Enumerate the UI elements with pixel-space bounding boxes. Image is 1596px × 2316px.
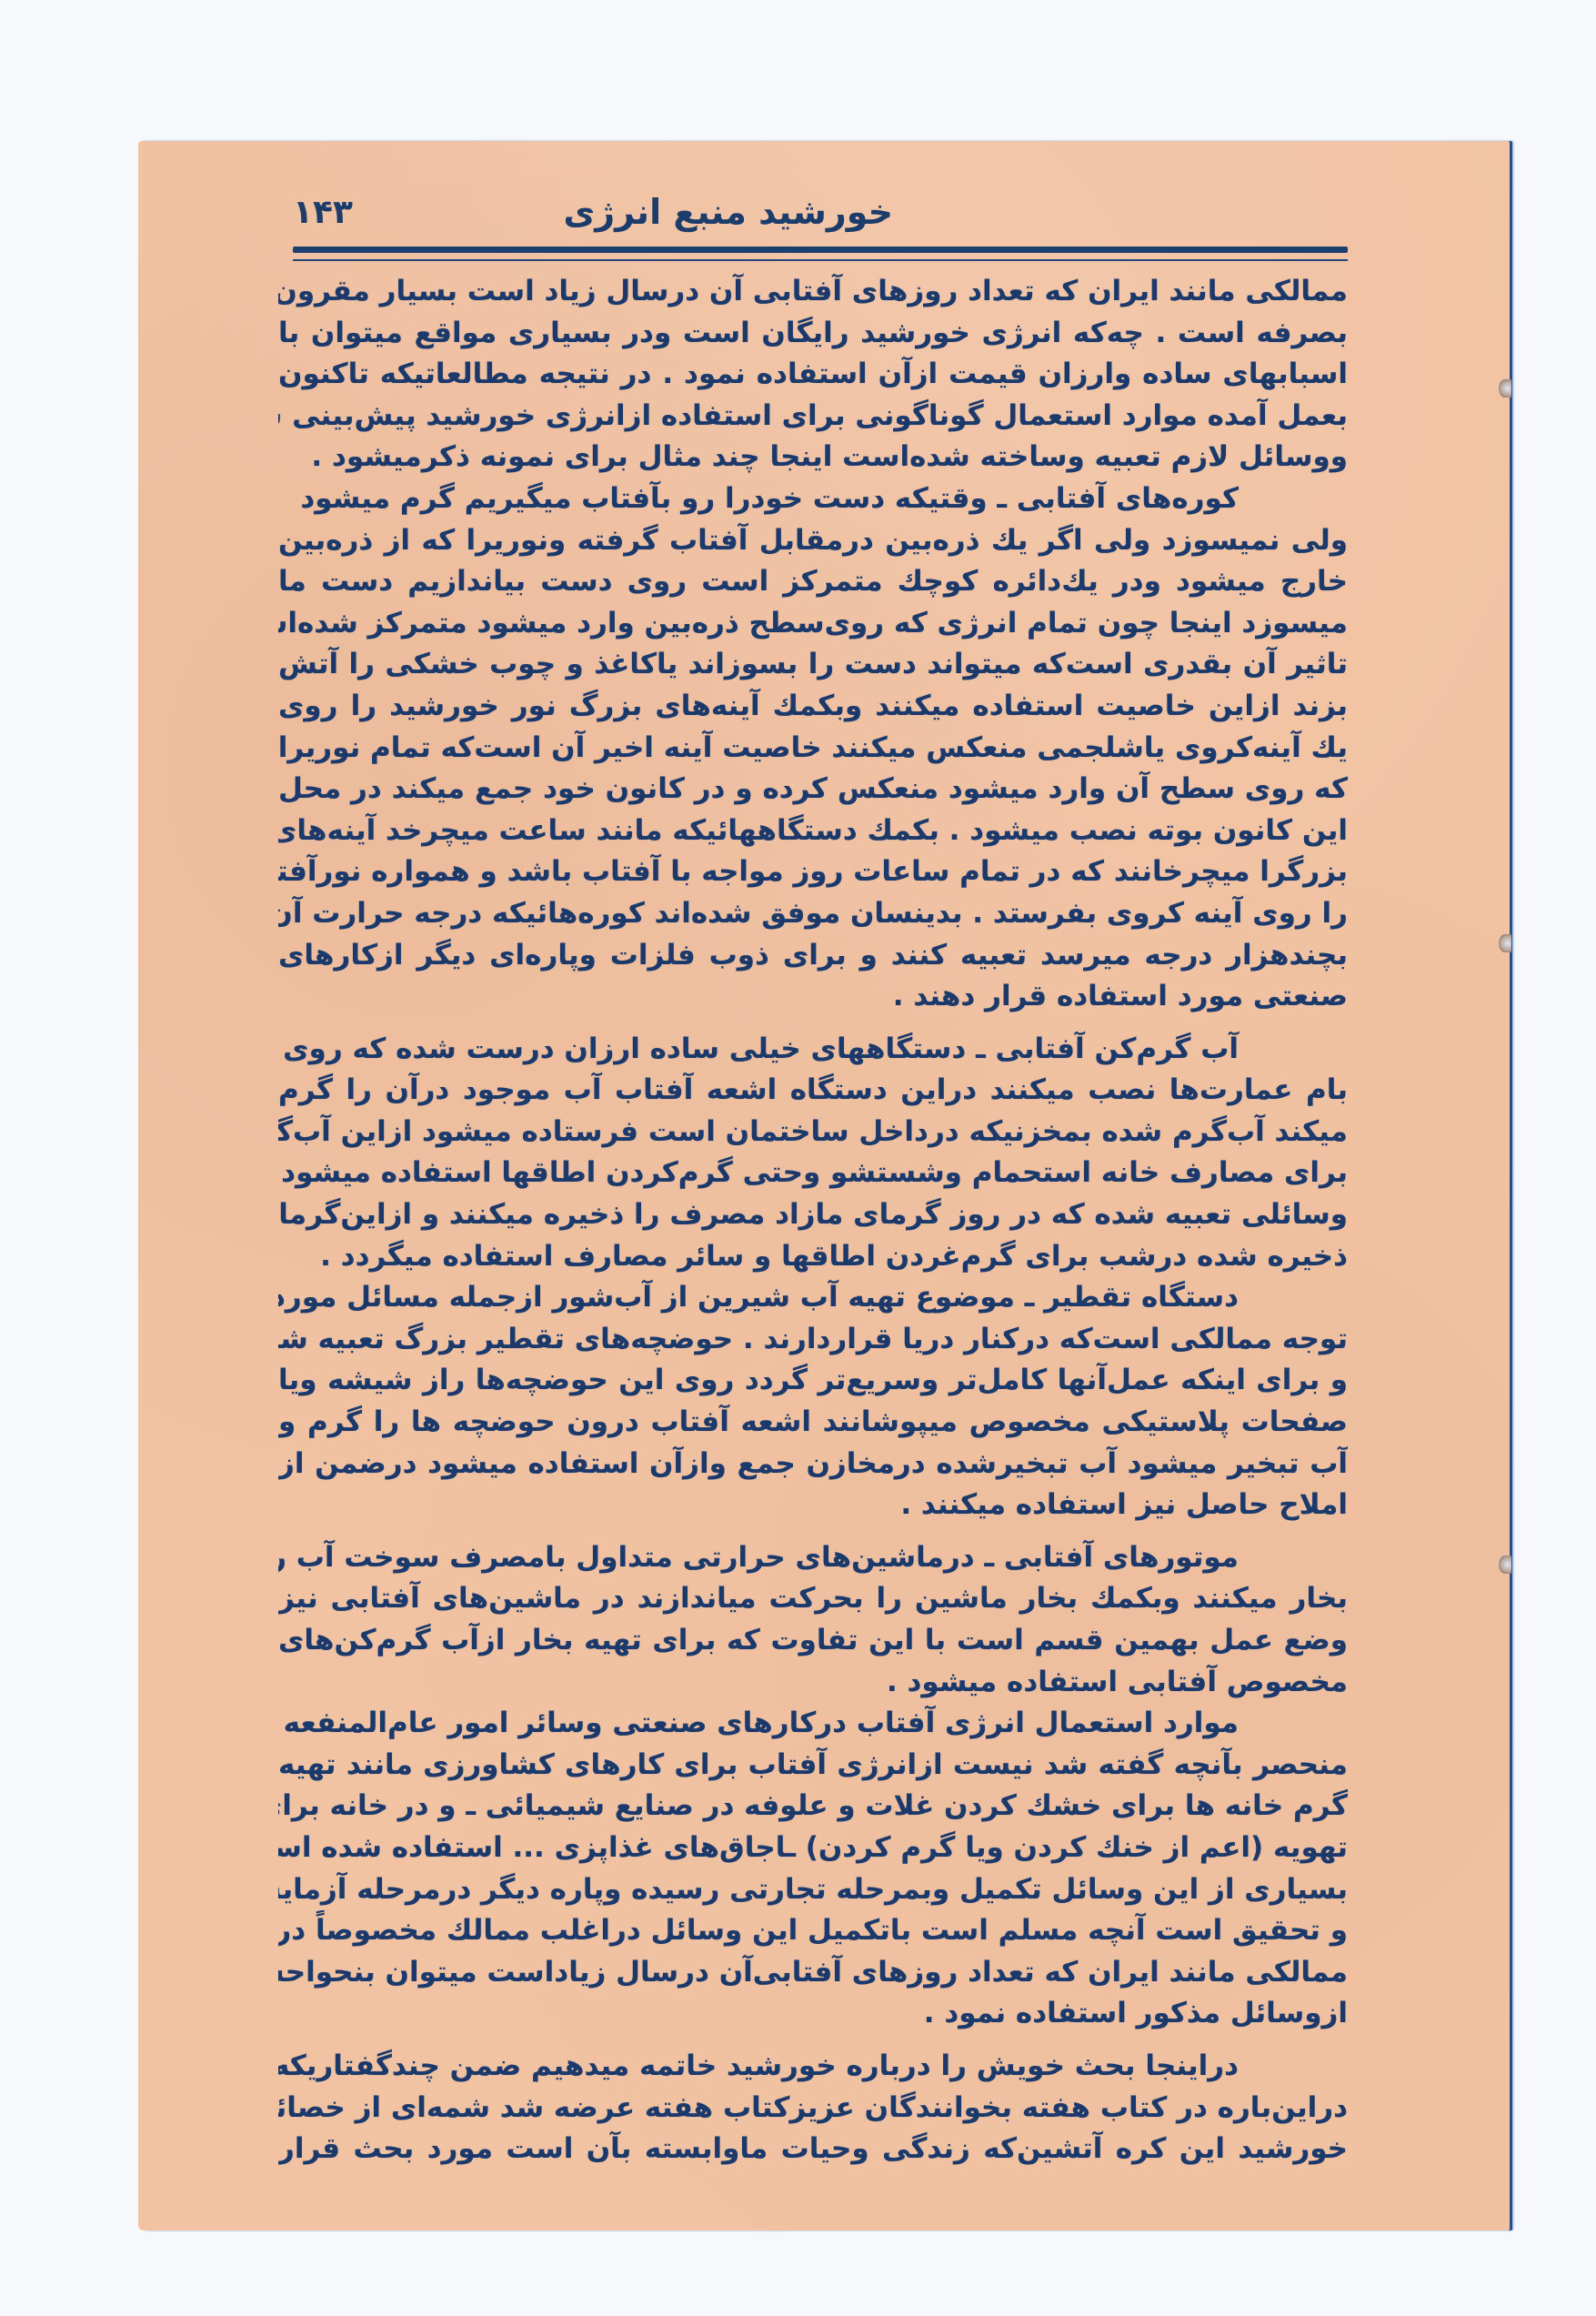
- text-line: تاثیر آن بقدری است‌که میتواند دست را بسو…: [278, 644, 1348, 686]
- binding-notch: [1499, 379, 1511, 398]
- binding-notch: [1499, 1556, 1511, 1574]
- paragraph-intro: ممالکی مانند ایران که تعداد روزهای آفتاب…: [278, 271, 1348, 478]
- text-line: خارج میشود ودر یك‌دائره کوچك متمرکز است …: [278, 561, 1348, 603]
- running-title: خورشید منبع انرژی: [563, 192, 893, 232]
- text-line: آب تبخیر میشود آب تبخیرشده درمخازن جمع و…: [278, 1444, 1348, 1485]
- text-line: بصرفه است . چه‌که انرژی خورشید رایگان اس…: [278, 313, 1348, 355]
- text-line: صنعتی مورد استفاده قرار دهند .: [278, 976, 1348, 1018]
- text-line: دستگاه تقطیر ـ موضوع تهیه آب شیرین از آب…: [278, 1277, 1348, 1319]
- text-line: املاح حاصل نیز استفاده میکنند .: [278, 1485, 1348, 1526]
- paragraph-conclusion: دراینجا بحث خویش را درباره خورشید خاتمه …: [278, 2046, 1348, 2170]
- text-line: و تحقیق است آنچه مسلم است باتکمیل این وس…: [278, 1910, 1348, 1952]
- text-line: اسبابهای ساده وارزان قیمت ازآن استفاده ن…: [278, 354, 1348, 396]
- text-line: مخصوص آفتابی استفاده میشود .: [278, 1662, 1348, 1704]
- text-line: وضع عمل بهمین قسم است با این تفاوت که بر…: [278, 1620, 1348, 1662]
- binding-notch: [1499, 934, 1511, 952]
- text-line: توجه ممالکی است‌که درکنار دریا قراردارند…: [278, 1319, 1348, 1361]
- paragraph-other-uses: موارد استعمال انرژی آفتاب درکارهای صنعتی…: [278, 1703, 1348, 2035]
- text-line: ممالکی مانند ایران که تعداد روزهای آفتاب…: [278, 1952, 1348, 1994]
- text-line: دراین‌باره در کتاب هفته بخوانندگان عزیزک…: [278, 2088, 1348, 2130]
- paragraph-solar-furnaces: کوره‌های آفتابی ـ وقتیکه دست خودرا رو بآ…: [278, 478, 1348, 1018]
- text-line: بسیاری از این وسائل تکمیل وبمرحله تجارتی…: [278, 1869, 1348, 1911]
- text-line: دراینجا بحث خویش را درباره خورشید خاتمه …: [278, 2046, 1348, 2088]
- text-line: ازوسائل مذکور استفاده نمود .: [278, 1993, 1348, 2035]
- text-line: را روی آینه کروی بفرستد . بدینسان موفق ش…: [278, 893, 1348, 935]
- header-rule-thin: [293, 259, 1348, 261]
- header-rule-thick: [293, 247, 1348, 253]
- text-line: و برای اینکه عمل‌آنها کامل‌تر وسریع‌تر گ…: [278, 1360, 1348, 1402]
- text-line: صفحات پلاستیکی مخصوص میپوشانند اشعه آفتا…: [278, 1402, 1348, 1444]
- text-line: بزند ازاین خاصیت استفاده میکنند وبکمك آی…: [278, 686, 1348, 728]
- text-line: ممالکی مانند ایران که تعداد روزهای آفتاب…: [278, 271, 1348, 313]
- text-line: یك آینه‌کروی یاشلجمی منعکس میکنند خاصیت …: [278, 728, 1348, 770]
- paragraph-solar-motors: موتورهای آفتابی ـ درماشین‌های حرارتی متد…: [278, 1537, 1348, 1703]
- text-line: موارد استعمال انرژی آفتاب درکارهای صنعتی…: [278, 1703, 1348, 1745]
- text-line: بچندهزار درجه میرسد تعبیه کنند و برای ذو…: [278, 935, 1348, 977]
- text-line: ذخیره شده درشب برای گرم‌غردن اطاقها و سا…: [278, 1236, 1348, 1278]
- text-line: برای مصارف خانه استحمام وشستشو وحتی گرم‌…: [278, 1153, 1348, 1194]
- text-line: که روی سطح آن وارد میشود منعکس کرده و در…: [278, 769, 1348, 811]
- text-line: میکند آب‌گرم شده بمخزنیکه درداخل ساختمان…: [278, 1112, 1348, 1153]
- text-line: منحصر بآنچه گفته شد نیست ازانرژی آفتاب ب…: [278, 1745, 1348, 1787]
- text-line: آب گرم‌کن آفتابی ـ دستگاههای خیلی ساده ا…: [278, 1029, 1348, 1071]
- text-line: وسائلی تعبیه شده که در روز گرمای مازاد م…: [278, 1194, 1348, 1236]
- text-line: این کانون بوته نصب میشود . بکمك دستگاهها…: [278, 811, 1348, 852]
- text-line: بعمل آمده موارد استعمال گوناگونی برای اس…: [278, 396, 1348, 438]
- text-line: میسوزد اینجا چون تمام انرژی که روی‌سطح ذ…: [278, 603, 1348, 645]
- text-line: ووسائل لازم تعبیه وساخته شده‌است اینجا چ…: [278, 437, 1348, 478]
- page-header: خورشید منبع انرژی ۱۴۳: [293, 192, 1348, 265]
- text-line: کوره‌های آفتابی ـ وقتیکه دست خودرا رو بآ…: [278, 478, 1348, 520]
- text-line: ولی نمیسوزد ولی اگر یك ذره‌بین درمقابل آ…: [278, 520, 1348, 562]
- text-line: بام عمارت‌ها نصب میکنند دراین دستگاه اشع…: [278, 1070, 1348, 1112]
- text-line: بزرگرا میچرخانند که در تمام ساعات روز مو…: [278, 851, 1348, 893]
- body-text: ممالکی مانند ایران که تعداد روزهای آفتاب…: [278, 271, 1348, 2170]
- paragraph-solar-water-heater: آب گرم‌کن آفتابی ـ دستگاههای خیلی ساده ا…: [278, 1029, 1348, 1278]
- text-line: موتورهای آفتابی ـ درماشین‌های حرارتی متد…: [278, 1537, 1348, 1579]
- text-line: گرم خانه ها برای خشك کردن غلات و علوفه د…: [278, 1786, 1348, 1828]
- scanned-book-page: خورشید منبع انرژی ۱۴۳ ممالکی مانند ایران…: [138, 141, 1510, 2230]
- paragraph-distillation: دستگاه تقطیر ـ موضوع تهیه آب شیرین از آب…: [278, 1277, 1348, 1526]
- text-line: خورشید این کره آتشین‌که زندگی وحیات ماوا…: [278, 2129, 1348, 2170]
- page-number: ۱۴۳: [293, 194, 353, 231]
- text-line: تهویه (اعم از خنك کردن ویا گرم کردن) ـاج…: [278, 1828, 1348, 1869]
- text-line: بخار میکنند وبکمك بخار ماشین را بحرکت می…: [278, 1578, 1348, 1620]
